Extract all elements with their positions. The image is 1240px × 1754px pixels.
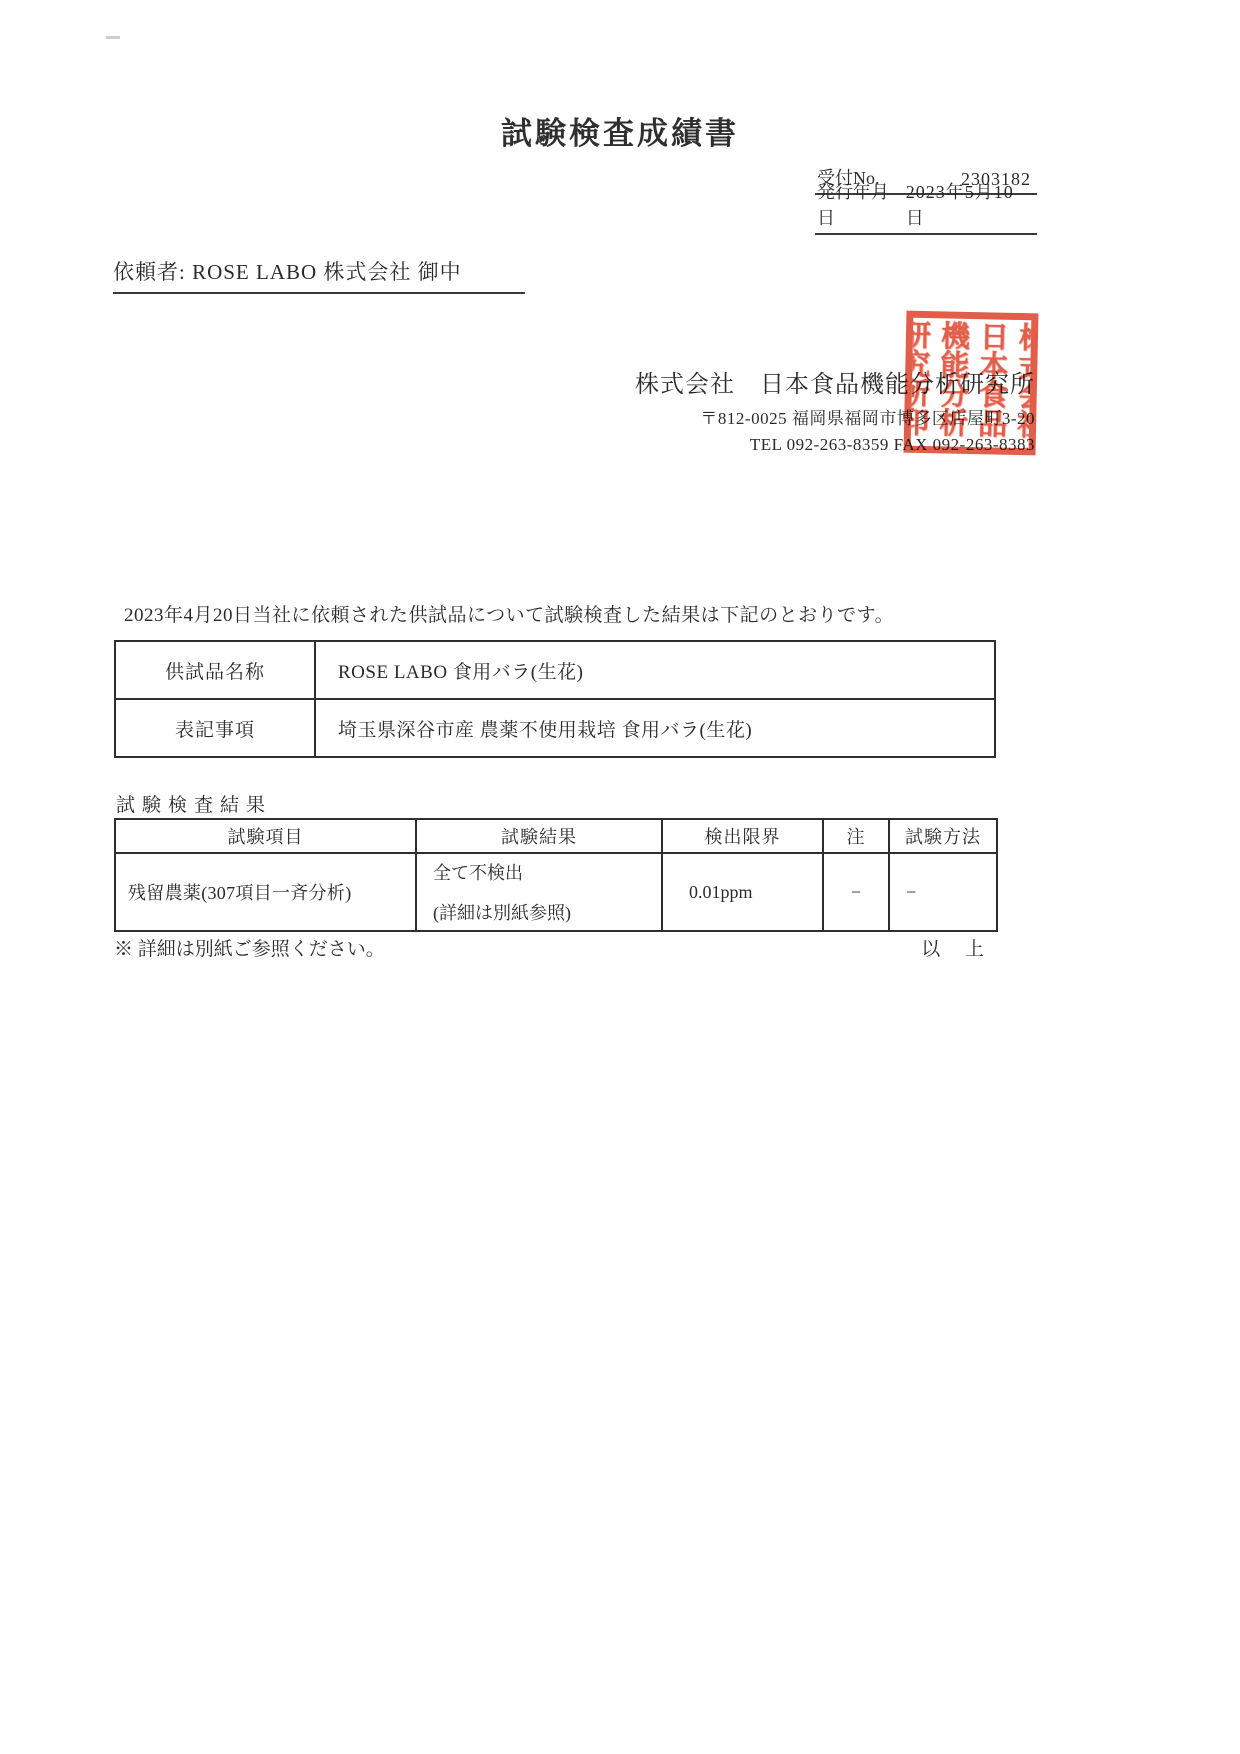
result-line1: 全て不検出 <box>433 859 661 885</box>
header-test-item: 試験項目 <box>115 819 416 853</box>
cell-test-result: 全て不検出 (詳細は別紙参照) <box>416 853 662 931</box>
cell-note: − <box>823 853 889 931</box>
cell-detection-limit: 0.01ppm <box>662 853 823 931</box>
result-line2: (詳細は別紙参照) <box>433 899 661 925</box>
table-row: 表記事項 埼玉県深谷市産 農薬不使用栽培 食用バラ(生花) <box>115 699 995 757</box>
results-header-row: 試験項目 試験結果 検出限界 注 試験方法 <box>115 819 997 853</box>
labeling-value: 埼玉県深谷市産 農薬不使用栽培 食用バラ(生花) <box>315 699 995 757</box>
document-title: 試験検査成績書 <box>0 108 1240 153</box>
results-data-row: 残留農薬(307項目一斉分析) 全て不検出 (詳細は別紙参照) 0.01ppm … <box>115 853 997 931</box>
header-test-result: 試験結果 <box>416 819 662 853</box>
client-line: 依頼者: ROSE LABO 株式会社 御中 <box>113 256 525 294</box>
closing-mark: 以 上 <box>921 934 996 961</box>
company-seal-text: 株式会社日本食品機能分析研究所印 <box>904 319 1039 446</box>
labeling-label: 表記事項 <box>115 699 315 757</box>
scan-artifact <box>106 36 120 39</box>
cell-test-method: − <box>889 853 997 931</box>
table-row: 供試品名称 ROSE LABO 食用バラ(生花) <box>115 641 995 699</box>
issue-date-label: 発行年月日 <box>817 178 906 230</box>
header-test-method: 試験方法 <box>889 819 997 853</box>
intro-sentence: 2023年4月20日当社に依頼された供試品について試験検査した結果は下記のとおり… <box>124 600 894 627</box>
sample-info-table: 供試品名称 ROSE LABO 食用バラ(生花) 表記事項 埼玉県深谷市産 農薬… <box>114 640 996 758</box>
header-detection-limit: 検出限界 <box>662 819 823 853</box>
footnote: ※ 詳細は別紙ご参照ください。 <box>114 934 385 961</box>
company-seal: 株式会社日本食品機能分析研究所印 <box>904 311 1039 456</box>
sample-name-label: 供試品名称 <box>115 641 315 699</box>
sample-name-value: ROSE LABO 食用バラ(生花) <box>315 641 995 699</box>
issue-date-value: 2023年5月10日 <box>906 178 1031 230</box>
certificate-page: 試験検査成績書 受付No. 2303182 発行年月日 2023年5月10日 依… <box>0 0 1240 1754</box>
results-table: 試験項目 試験結果 検出限界 注 試験方法 残留農薬(307項目一斉分析) 全て… <box>114 818 998 932</box>
header-note: 注 <box>823 819 889 853</box>
receipt-block: 受付No. 2303182 発行年月日 2023年5月10日 <box>815 163 1037 235</box>
cell-test-item: 残留農薬(307項目一斉分析) <box>115 853 416 931</box>
results-section-heading: 試験検査結果 <box>116 790 272 817</box>
issue-date-row: 発行年月日 2023年5月10日 <box>815 203 1037 235</box>
footer-row: ※ 詳細は別紙ご参照ください。 以 上 <box>114 934 996 961</box>
